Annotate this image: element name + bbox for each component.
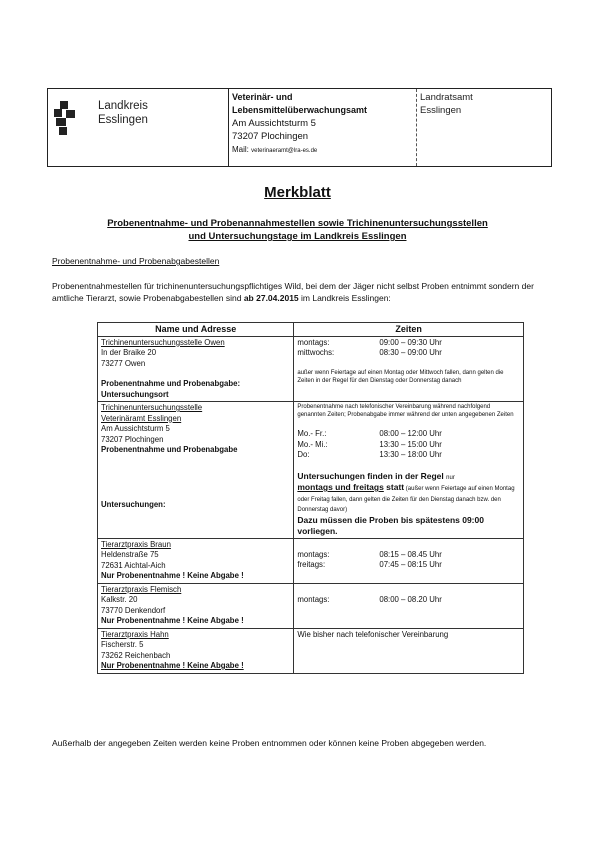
location-name: Tierarztpraxis Hahn: [101, 630, 290, 641]
appointment-note: Wie bisher nach telefonischer Vereinbaru…: [297, 630, 520, 641]
time-row: freitags: 07:45 – 08:15 Uhr: [297, 560, 520, 571]
department-address: Veterinär- und Lebensmittelüberwachungsa…: [232, 91, 367, 158]
page-subtitle: Probenentnahme- und Probenannahmestellen…: [30, 217, 565, 243]
exam-text-1: Untersuchungen finden in der Regel: [297, 471, 446, 481]
letterhead-amt-cell: Landratsamt Esslingen: [416, 89, 551, 166]
exam-only: nur: [446, 475, 455, 481]
time-day: montags:: [297, 338, 379, 349]
time-row: montags: 08:15 – 08.45 Uhr: [297, 550, 520, 561]
time-range: 13:30 – 15:00 Uhr: [379, 440, 520, 451]
braun-times-cell: montags: 08:15 – 08.45 Uhr freitags: 07:…: [294, 538, 524, 583]
location-street: Am Aussichtsturm 5: [101, 424, 290, 435]
intro-date: ab 27.04.2015: [244, 293, 299, 303]
mail-label: Mail:: [232, 145, 249, 154]
amt-line1: Landratsamt: [420, 91, 473, 104]
landratsamt-label: Landratsamt Esslingen: [420, 91, 473, 117]
time-row: montags: 09:00 – 09:30 Uhr: [297, 338, 520, 349]
exam-label: Untersuchungen:: [101, 500, 290, 511]
subtitle-line1: Probenentnahme- und Probenannahmestellen…: [30, 217, 565, 230]
table-row: Tierarztpraxis Braun Heldenstraße 75 726…: [98, 538, 524, 583]
dept-line2: Lebensmittelüberwachungsamt: [232, 104, 367, 117]
dept-street: Am Aussichtsturm 5: [232, 117, 367, 130]
owen-times-cell: montags: 09:00 – 09:30 Uhr mittwochs: 08…: [294, 336, 524, 402]
holiday-note: außer wenn Feiertage auf einen Montag od…: [297, 369, 520, 385]
owen-address-cell: Trichinenuntersuchungsstelle Owen In der…: [98, 336, 294, 402]
exam-text-2: statt: [384, 482, 404, 492]
exam-days: montags und freitags: [297, 482, 383, 492]
location-services: Probenentnahme und Probenabgabe:: [101, 379, 290, 390]
time-row: montags: 08:00 – 08.20 Uhr: [297, 595, 520, 606]
landkreis-logo-icon: [54, 101, 76, 135]
header-times: Zeiten: [294, 323, 524, 337]
appointment-note: Probenentnahme nach telefonischer Verein…: [297, 403, 520, 419]
location-name: Tierarztpraxis Braun: [101, 540, 290, 551]
location-street: In der Braike 20: [101, 348, 290, 359]
time-day: Mo.- Mi.:: [297, 440, 379, 451]
location-name-2: Veterinäramt Esslingen: [101, 414, 290, 425]
table-row: Trichinenuntersuchungsstelle Owen In der…: [98, 336, 524, 402]
time-row: Do: 13:30 – 18:00 Uhr: [297, 450, 520, 461]
time-row: mittwochs: 08:30 – 09:00 Uhr: [297, 348, 520, 359]
exam-schedule: Untersuchungen finden in der Regel nur m…: [297, 471, 520, 515]
table-row: Tierarztpraxis Flemisch Kalkstr. 20 7377…: [98, 583, 524, 628]
dept-line1: Veterinär- und: [232, 91, 367, 104]
section-heading: Probenentnahme- und Probenabgabestellen: [52, 256, 219, 266]
time-row: Mo.- Mi.: 13:30 – 15:00 Uhr: [297, 440, 520, 451]
location-name: Trichinenuntersuchungsstelle Owen: [101, 338, 290, 349]
time-day: montags:: [297, 550, 379, 561]
letterhead: Landkreis Esslingen Veterinär- und Leben…: [47, 88, 552, 167]
flemisch-address-cell: Tierarztpraxis Flemisch Kalkstr. 20 7377…: [98, 583, 294, 628]
hahn-times-cell: Wie bisher nach telefonischer Vereinbaru…: [294, 628, 524, 673]
time-range: 09:00 – 09:30 Uhr: [379, 338, 520, 349]
time-day: Mo.- Fr.:: [297, 429, 379, 440]
dept-city: 73207 Plochingen: [232, 130, 367, 143]
table-header-row: Name und Adresse Zeiten: [98, 323, 524, 337]
location-city: 73207 Plochingen: [101, 435, 290, 446]
location-name: Trichinenuntersuchungsstelle: [101, 403, 290, 414]
time-range: 08:00 – 12:00 Uhr: [379, 429, 520, 440]
page-title: Merkblatt: [0, 184, 595, 201]
intro-paragraph: Probenentnahmestellen für trichinenunter…: [52, 280, 534, 304]
header-name-address: Name und Adresse: [98, 323, 294, 337]
time-day: montags:: [297, 595, 379, 606]
dept-mail: Mail: veterinaeramt@lra-es.de: [232, 143, 367, 158]
location-services-2: Untersuchungsort: [101, 390, 290, 401]
subtitle-line2: und Untersuchungstage im Landkreis Essli…: [30, 230, 565, 243]
location-street: Kalkstr. 20: [101, 595, 290, 606]
location-restriction: Nur Probenentnahme ! Keine Abgabe !: [101, 616, 290, 627]
location-restriction: Nur Probenentnahme ! Keine Abgabe !: [101, 571, 290, 582]
hahn-address-cell: Tierarztpraxis Hahn Fischerstr. 5 73262 …: [98, 628, 294, 673]
time-range: 08:15 – 08.45 Uhr: [379, 550, 520, 561]
location-name: Tierarztpraxis Flemisch: [101, 585, 290, 596]
footer-note: Außerhalb der angegeben Zeiten werden ke…: [52, 737, 534, 749]
mail-address[interactable]: veterinaeramt@lra-es.de: [251, 148, 317, 154]
time-row: Mo.- Fr.: 08:00 – 12:00 Uhr: [297, 429, 520, 440]
location-city: 73262 Reichenbach: [101, 651, 290, 662]
org-line2: Esslingen: [98, 113, 148, 127]
location-street: Heldenstraße 75: [101, 550, 290, 561]
location-city: 72631 Aichtal-Aich: [101, 561, 290, 572]
plochingen-times-cell: Probenentnahme nach telefonischer Verein…: [294, 402, 524, 539]
time-day: freitags:: [297, 560, 379, 571]
location-city: 73770 Denkendorf: [101, 606, 290, 617]
locations-table: Name und Adresse Zeiten Trichinenuntersu…: [97, 322, 524, 674]
sample-deadline: Dazu müssen die Proben bis spätestens 09…: [297, 515, 520, 537]
table-row: Tierarztpraxis Hahn Fischerstr. 5 73262 …: [98, 628, 524, 673]
time-range: 07:45 – 08:15 Uhr: [379, 560, 520, 571]
org-line1: Landkreis: [98, 99, 148, 113]
time-range: 13:30 – 18:00 Uhr: [379, 450, 520, 461]
time-range: 08:30 – 09:00 Uhr: [379, 348, 520, 359]
location-street: Fischerstr. 5: [101, 640, 290, 651]
location-restriction: Nur Probenentnahme ! Keine Abgabe !: [101, 661, 290, 672]
location-city: 73277 Owen: [101, 359, 290, 370]
time-range: 08:00 – 08.20 Uhr: [379, 595, 520, 606]
braun-address-cell: Tierarztpraxis Braun Heldenstraße 75 726…: [98, 538, 294, 583]
time-day: Do:: [297, 450, 379, 461]
letterhead-department-cell: Veterinär- und Lebensmittelüberwachungsa…: [228, 89, 416, 166]
intro-text-2: im Landkreis Esslingen:: [299, 293, 391, 303]
flemisch-times-cell: montags: 08:00 – 08.20 Uhr: [294, 583, 524, 628]
letterhead-logo-cell: Landkreis Esslingen: [48, 89, 228, 166]
table-row: Trichinenuntersuchungsstelle Veterinäram…: [98, 402, 524, 539]
plochingen-address-cell: Trichinenuntersuchungsstelle Veterinäram…: [98, 402, 294, 539]
time-day: mittwochs:: [297, 348, 379, 359]
organization-name: Landkreis Esslingen: [98, 99, 148, 127]
location-services: Probenentnahme und Probenabgabe: [101, 445, 290, 456]
amt-line2: Esslingen: [420, 104, 473, 117]
